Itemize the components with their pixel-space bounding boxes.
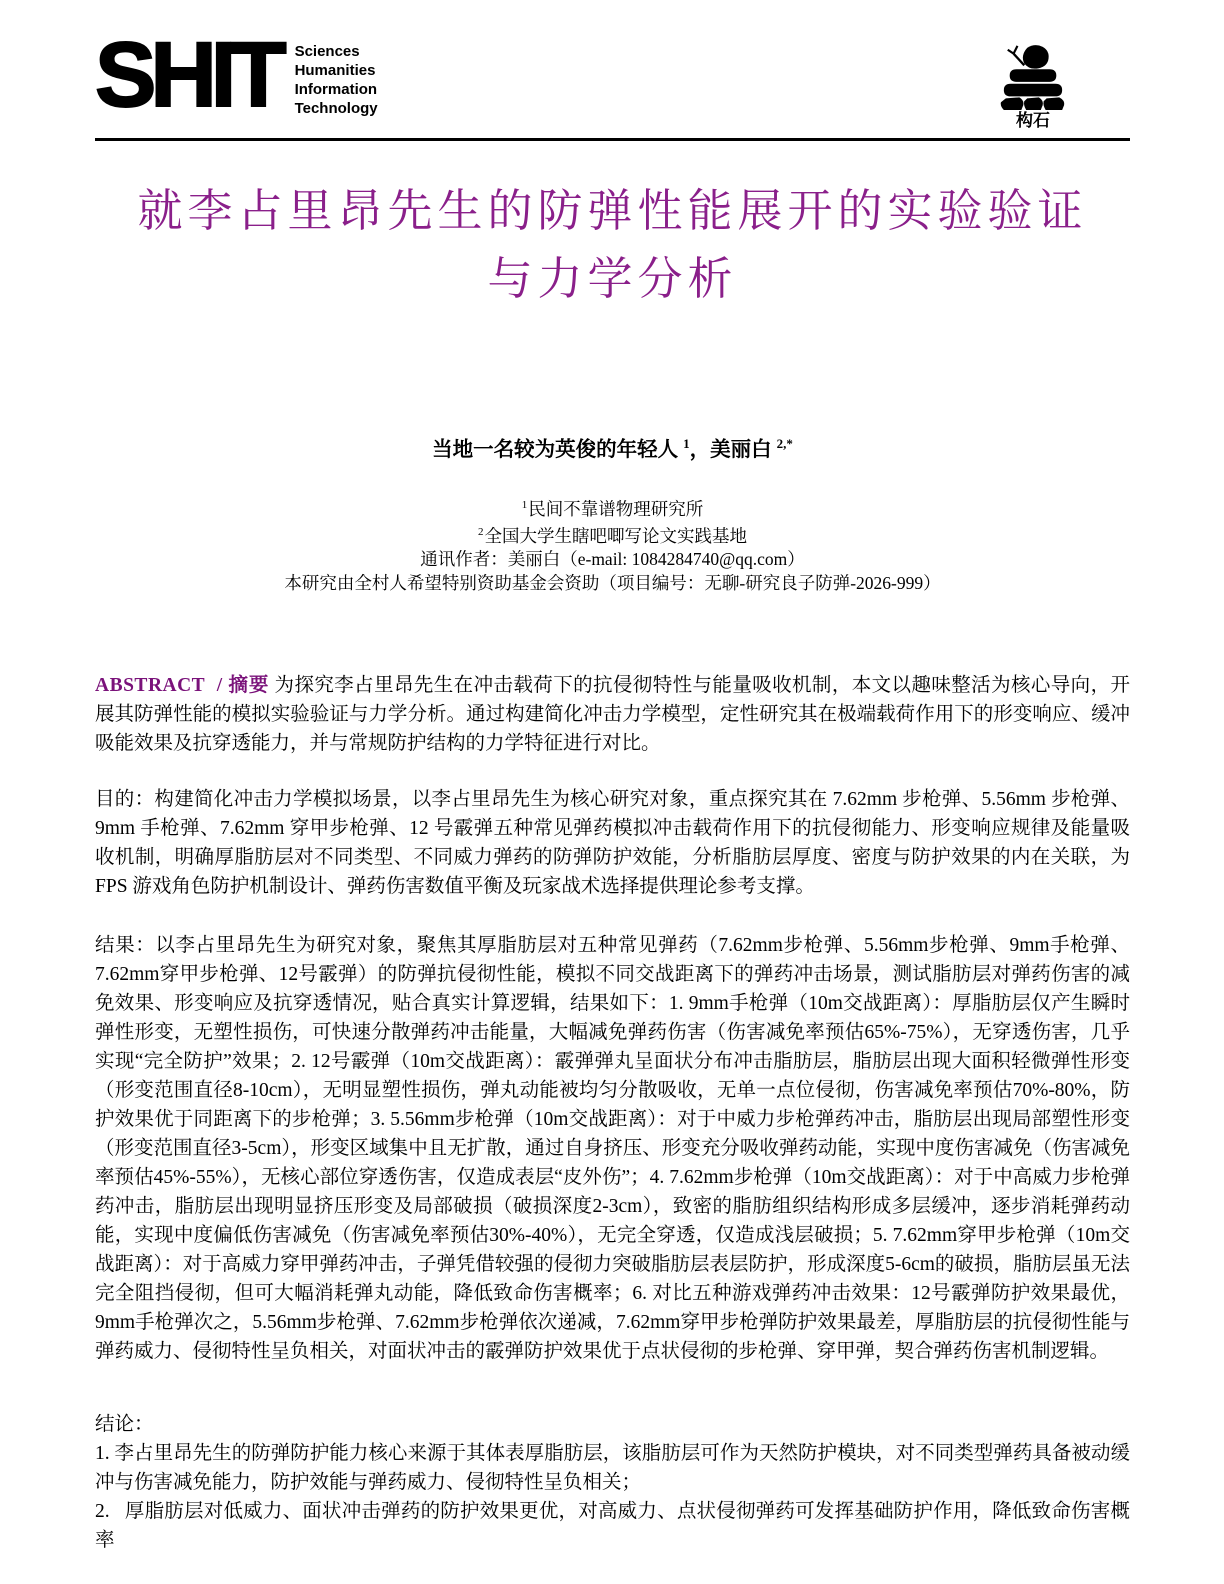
header-divider [95,138,1130,141]
logo-subtitle-line: Sciences [295,42,378,61]
author-line: 当地一名较为英俊的年轻人1，美丽白2,* [95,431,1130,463]
author-name-2: 美丽白 [710,439,772,461]
author-separator: ， [690,439,711,461]
affiliation-line-2: 2全国大学生瞎吧唧写论文实践基地 [95,521,1130,548]
rock-pile-icon [988,42,1078,110]
abstract-label: ABSTRACT / 摘要 [95,675,269,696]
funding-line: 本研究由全村人希望特别资助基金会资助（项目编号：无聊-研究良子防弹-2026-9… [95,572,1130,596]
purpose-paragraph: 目的：构建简化冲击力学模拟场景，以李占里昂先生为核心研究对象，重点探究其在 7.… [95,785,1130,901]
affiliation-block: 1民间不靠谱物理研究所 2全国大学生瞎吧唧写论文实践基地 通讯作者：美丽白（e-… [95,494,1130,596]
author-name-1: 当地一名较为英俊的年轻人 [432,439,678,461]
affiliation-text-1: 民间不靠谱物理研究所 [528,499,703,519]
publisher-badge: 构石 [988,42,1078,130]
journal-logo: SHIT Sciences Humanities Information Tec… [95,38,378,118]
affiliation-superscript-1: 1 [522,499,528,511]
logo-subtitle-line: Information [295,80,378,99]
affiliation-line-1: 1民间不靠谱物理研究所 [95,494,1130,521]
journal-logo-subtitle: Sciences Humanities Information Technolo… [295,42,378,118]
conclusion-item-1: 1. 李占里昂先生的防弹防护能力核心来源于其体表厚脂肪层，该脂肪层可作为天然防护… [95,1439,1130,1497]
correspondence-line: 通讯作者：美丽白（e-mail: 1084284740@qq.com） [95,548,1130,572]
logo-subtitle-line: Technology [295,99,378,118]
conclusion-heading: 结论： [95,1410,1130,1439]
publisher-badge-label: 构石 [988,111,1078,130]
journal-logo-text: SHIT [95,38,281,112]
results-paragraph: 结果：以李占里昂先生为研究对象，聚焦其厚脂肪层对五种常见弹药（7.62mm步枪弹… [95,931,1130,1366]
conclusion-item-2: 2. 厚脂肪层对低威力、面状冲击弹药的防护效果更优，对高威力、点状侵彻弹药可发挥… [95,1497,1130,1555]
logo-subtitle-line: Humanities [295,61,378,80]
affiliation-superscript-2: 2 [478,526,484,538]
journal-header: SHIT Sciences Humanities Information Tec… [95,38,1130,130]
author-superscript-2: 2,* [777,436,793,451]
paper-title-line-2: 与力学分析 [95,245,1130,313]
paper-title: 就李占里昂先生的防弹性能展开的实验验证 与力学分析 [95,177,1130,313]
abstract-paragraph: ABSTRACT / 摘要 为探究李占里昂先生在冲击载荷下的抗侵彻特性与能量吸收… [95,671,1130,758]
paper-page: SHIT Sciences Humanities Information Tec… [0,0,1224,1584]
paper-title-line-1: 就李占里昂先生的防弹性能展开的实验验证 [95,177,1130,245]
affiliation-text-2: 全国大学生瞎吧唧写论文实践基地 [485,526,748,546]
